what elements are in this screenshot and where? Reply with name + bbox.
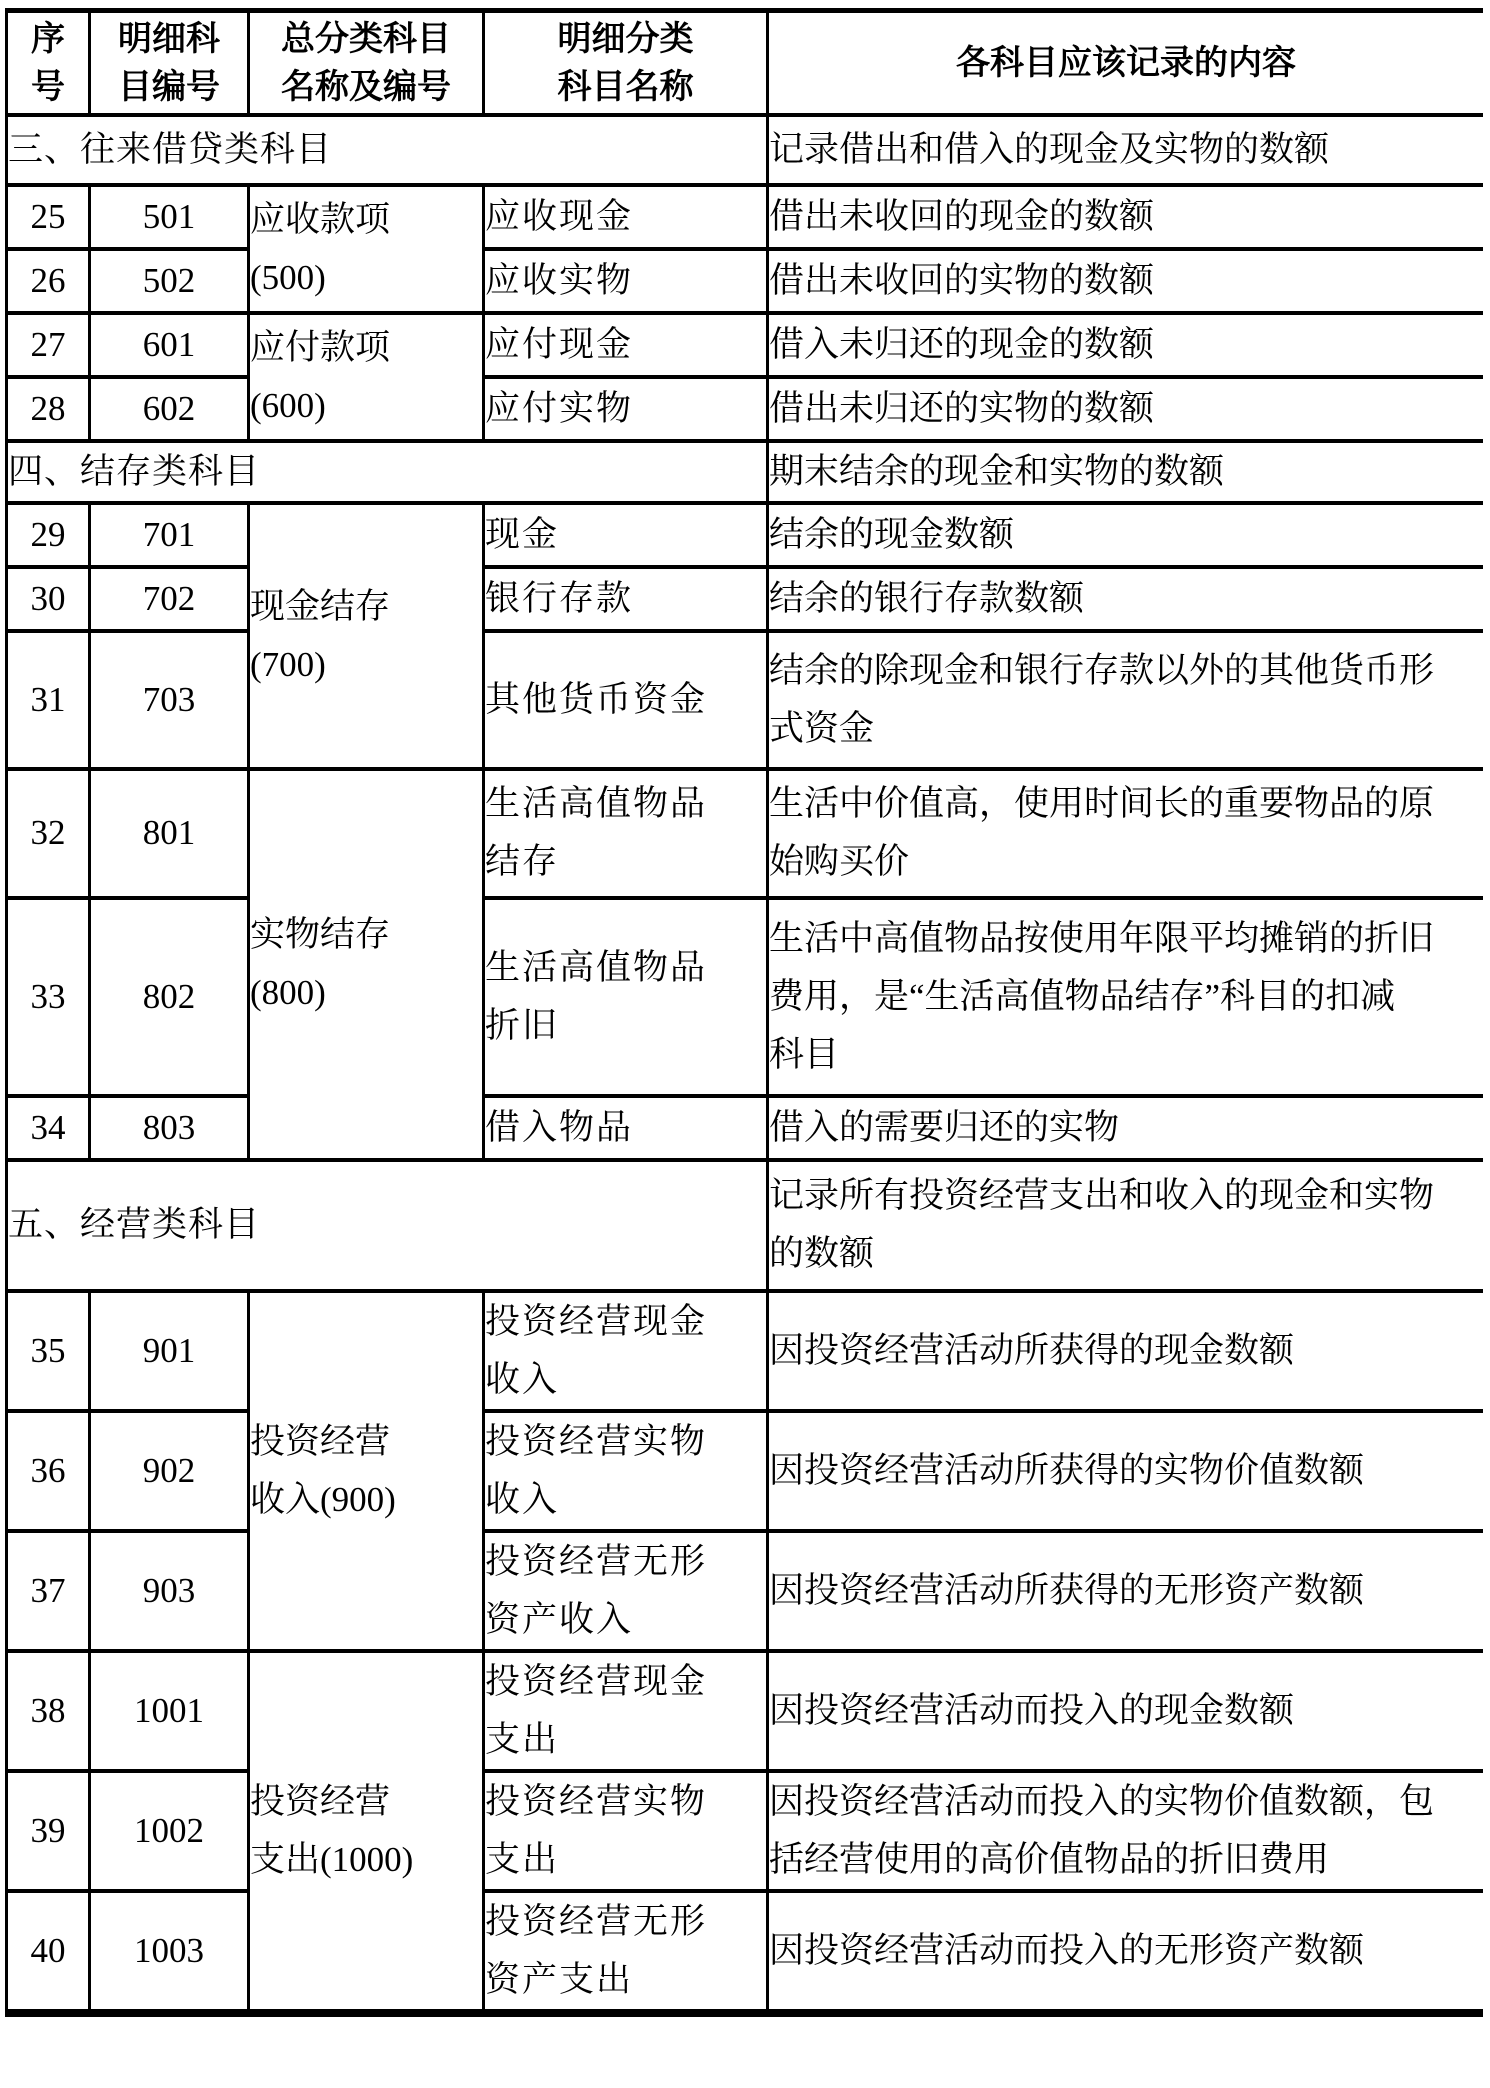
detail-code-cell: 701 <box>90 503 249 567</box>
subject-name-cell: 投资经营无形 资产收入 <box>484 1531 768 1651</box>
detail-code-cell: 1003 <box>90 1891 249 2013</box>
content-cell: 因投资经营活动所获得的现金数额 <box>768 1291 1484 1411</box>
col-header-index: 序 号 <box>7 11 90 115</box>
subject-name-cell: 现金 <box>484 503 768 567</box>
serial-number-cell: 35 <box>7 1291 90 1411</box>
detail-code-cell: 1001 <box>90 1651 249 1771</box>
section-row-lending: 三、往来借贷类科目 记录借出和借入的现金及实物的数额 <box>7 115 1484 185</box>
serial-number-cell: 29 <box>7 503 90 567</box>
section-description: 记录所有投资经营支出和收入的现金和实物 的数额 <box>768 1160 1484 1291</box>
content-cell: 借出未收回的现金的数额 <box>768 185 1484 249</box>
general-category-cell: 应收款项 (500) <box>249 185 484 313</box>
detail-code-cell: 703 <box>90 631 249 769</box>
content-cell: 借入未归还的现金的数额 <box>768 313 1484 377</box>
content-cell: 因投资经营活动所获得的实物价值数额 <box>768 1411 1484 1531</box>
detail-code-cell: 803 <box>90 1096 249 1160</box>
serial-number-cell: 34 <box>7 1096 90 1160</box>
serial-number-cell: 38 <box>7 1651 90 1771</box>
header-row: 序 号 明细科 目编号 总分类科目 名称及编号 明细分类 科目名称 各科目应该记… <box>7 11 1484 115</box>
serial-number-cell: 37 <box>7 1531 90 1651</box>
section-row-balance: 四、结存类科目 期末结余的现金和实物的数额 <box>7 441 1484 503</box>
serial-number-cell: 32 <box>7 769 90 898</box>
general-category-cell: 实物结存 (800) <box>249 769 484 1160</box>
serial-number-cell: 26 <box>7 249 90 313</box>
content-cell: 因投资经营活动所获得的无形资产数额 <box>768 1531 1484 1651</box>
content-cell: 借出未归还的实物的数额 <box>768 377 1484 441</box>
subject-name-cell: 借入物品 <box>484 1096 768 1160</box>
detail-code-cell: 502 <box>90 249 249 313</box>
content-cell: 结余的银行存款数额 <box>768 567 1484 631</box>
table-row-28: 28 602 应付实物 借出未归还的实物的数额 <box>7 377 1484 441</box>
subject-name-cell: 投资经营实物 收入 <box>484 1411 768 1531</box>
content-cell: 借出未收回的实物的数额 <box>768 249 1484 313</box>
table-row-39: 39 1002 投资经营实物 支出 因投资经营活动而投入的实物价值数额，包 括经… <box>7 1771 1484 1891</box>
subject-name-cell: 生活高值物品 折旧 <box>484 898 768 1096</box>
content-cell: 因投资经营活动而投入的现金数额 <box>768 1651 1484 1771</box>
table-row-32: 32 801 实物结存 (800) 生活高值物品 结存 生活中价值高，使用时间长… <box>7 769 1484 898</box>
detail-code-cell: 601 <box>90 313 249 377</box>
col-header-general-category: 总分类科目 名称及编号 <box>249 11 484 115</box>
general-category-cell: 投资经营 收入(900) <box>249 1291 484 1651</box>
serial-number-cell: 27 <box>7 313 90 377</box>
content-cell: 因投资经营活动而投入的实物价值数额，包 括经营使用的高价值物品的折旧费用 <box>768 1771 1484 1891</box>
detail-code-cell: 501 <box>90 185 249 249</box>
subject-name-cell: 投资经营现金 收入 <box>484 1291 768 1411</box>
subject-name-cell: 投资经营现金 支出 <box>484 1651 768 1771</box>
col-header-detail-name: 明细分类 科目名称 <box>484 11 768 115</box>
table-row-30: 30 702 银行存款 结余的银行存款数额 <box>7 567 1484 631</box>
serial-number-cell: 30 <box>7 567 90 631</box>
section-title: 三、往来借贷类科目 <box>7 115 768 185</box>
serial-number-cell: 36 <box>7 1411 90 1531</box>
section-description: 记录借出和借入的现金及实物的数额 <box>768 115 1484 185</box>
subject-name-cell: 应收实物 <box>484 249 768 313</box>
serial-number-cell: 40 <box>7 1891 90 2013</box>
col-header-record-content: 各科目应该记录的内容 <box>768 11 1484 115</box>
subject-name-cell: 应付实物 <box>484 377 768 441</box>
subject-name-cell: 应付现金 <box>484 313 768 377</box>
subject-name-cell: 应收现金 <box>484 185 768 249</box>
serial-number-cell: 31 <box>7 631 90 769</box>
subject-name-cell: 其他货币资金 <box>484 631 768 769</box>
table-row-33: 33 802 生活高值物品 折旧 生活中高值物品按使用年限平均摊销的折旧 费用，… <box>7 898 1484 1096</box>
subject-name-cell: 银行存款 <box>484 567 768 631</box>
detail-code-cell: 902 <box>90 1411 249 1531</box>
content-cell: 生活中价值高，使用时间长的重要物品的原 始购买价 <box>768 769 1484 898</box>
content-cell: 结余的现金数额 <box>768 503 1484 567</box>
detail-code-cell: 903 <box>90 1531 249 1651</box>
detail-code-cell: 602 <box>90 377 249 441</box>
subject-name-cell: 生活高值物品 结存 <box>484 769 768 898</box>
detail-code-cell: 801 <box>90 769 249 898</box>
general-category-cell: 投资经营 支出(1000) <box>249 1651 484 2013</box>
table-row-35: 35 901 投资经营 收入(900) 投资经营现金 收入 因投资经营活动所获得… <box>7 1291 1484 1411</box>
table-row-37: 37 903 投资经营无形 资产收入 因投资经营活动所获得的无形资产数额 <box>7 1531 1484 1651</box>
section-row-operating: 五、经营类科目 记录所有投资经营支出和收入的现金和实物 的数额 <box>7 1160 1484 1291</box>
detail-code-cell: 702 <box>90 567 249 631</box>
table-row-27: 27 601 应付款项 (600) 应付现金 借入未归还的现金的数额 <box>7 313 1484 377</box>
col-header-detail-code: 明细科 目编号 <box>90 11 249 115</box>
content-cell: 借入的需要归还的实物 <box>768 1096 1484 1160</box>
table-row-40: 40 1003 投资经营无形 资产支出 因投资经营活动而投入的无形资产数额 <box>7 1891 1484 2013</box>
detail-code-cell: 1002 <box>90 1771 249 1891</box>
table-row-38: 38 1001 投资经营 支出(1000) 投资经营现金 支出 因投资经营活动而… <box>7 1651 1484 1771</box>
accounting-subjects-table: 序 号 明细科 目编号 总分类科目 名称及编号 明细分类 科目名称 各科目应该记… <box>5 8 1483 2017</box>
subject-name-cell: 投资经营无形 资产支出 <box>484 1891 768 2013</box>
table-row-31: 31 703 其他货币资金 结余的除现金和银行存款以外的其他货币形 式资金 <box>7 631 1484 769</box>
table-row-25: 25 501 应收款项 (500) 应收现金 借出未收回的现金的数额 <box>7 185 1484 249</box>
serial-number-cell: 33 <box>7 898 90 1096</box>
detail-code-cell: 802 <box>90 898 249 1096</box>
section-title: 五、经营类科目 <box>7 1160 768 1291</box>
table-row-36: 36 902 投资经营实物 收入 因投资经营活动所获得的实物价值数额 <box>7 1411 1484 1531</box>
table-row-34: 34 803 借入物品 借入的需要归还的实物 <box>7 1096 1484 1160</box>
general-category-cell: 现金结存 (700) <box>249 503 484 769</box>
table-row-26: 26 502 应收实物 借出未收回的实物的数额 <box>7 249 1484 313</box>
content-cell: 结余的除现金和银行存款以外的其他货币形 式资金 <box>768 631 1484 769</box>
subject-name-cell: 投资经营实物 支出 <box>484 1771 768 1891</box>
serial-number-cell: 28 <box>7 377 90 441</box>
content-cell: 因投资经营活动而投入的无形资产数额 <box>768 1891 1484 2013</box>
detail-code-cell: 901 <box>90 1291 249 1411</box>
document-page: 序 号 明细科 目编号 总分类科目 名称及编号 明细分类 科目名称 各科目应该记… <box>0 8 1490 2088</box>
serial-number-cell: 39 <box>7 1771 90 1891</box>
section-description: 期末结余的现金和实物的数额 <box>768 441 1484 503</box>
serial-number-cell: 25 <box>7 185 90 249</box>
section-title: 四、结存类科目 <box>7 441 768 503</box>
table-row-29: 29 701 现金结存 (700) 现金 结余的现金数额 <box>7 503 1484 567</box>
general-category-cell: 应付款项 (600) <box>249 313 484 441</box>
content-cell: 生活中高值物品按使用年限平均摊销的折旧 费用，是“生活高值物品结存”科目的扣减 … <box>768 898 1484 1096</box>
